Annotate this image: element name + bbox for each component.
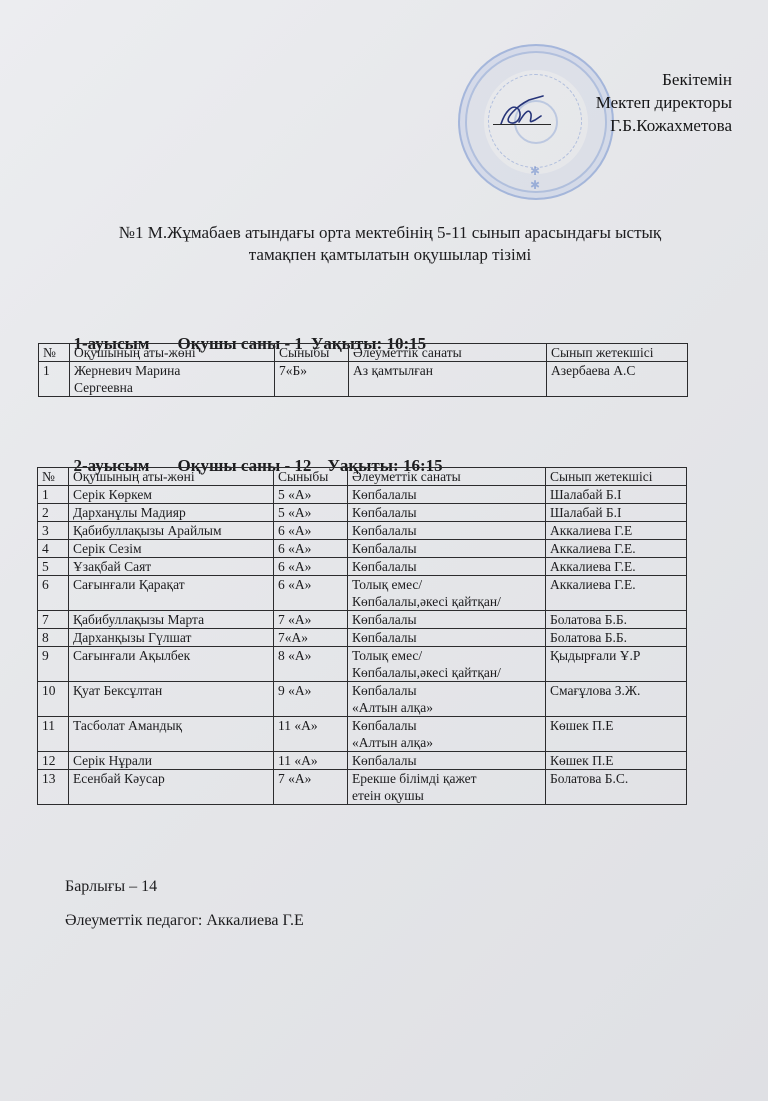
col-class-cell: 7 «А» (274, 770, 348, 805)
col-number-cell: 1 (39, 362, 70, 397)
cell-line: Қабибуллақызы Марта (73, 611, 269, 628)
title-line: №1 М.Жұмабаев атындағы орта мектебінің 5… (60, 222, 720, 244)
cell-line: Ерекше білімді қажет (352, 770, 541, 787)
cell-line: Көпбалалы (352, 717, 541, 734)
col-class-teacher-cell: Болатова Б.Б. (546, 611, 687, 629)
col-student-name-cell: Есенбай Кәусар (69, 770, 274, 805)
col-social-category-cell: Көпбалалы (348, 611, 546, 629)
table-row: 6Сағынғали Қарақат6 «А»Толық емес/Көпбал… (38, 576, 687, 611)
col-class-header: Сыныбы (274, 468, 348, 486)
col-class-cell: 7 «А» (274, 611, 348, 629)
seal-star-icon: ✱ (530, 178, 540, 193)
students-table-shift-2: №Оқушының аты-жөніСыныбыӘлеуметтік санат… (37, 467, 687, 805)
document-title: №1 М.Жұмабаев атындағы орта мектебінің 5… (60, 222, 720, 266)
col-student-name-cell: Қабибуллақызы Арайлым (69, 522, 274, 540)
col-student-name-cell: Қуат Бексұлтан (69, 682, 274, 717)
table-row: 8Дарханқызы Гүлшат7«А»КөпбалалыБолатова … (38, 629, 687, 647)
col-student-name-cell: Серік Көркем (69, 486, 274, 504)
cell-line: Көпбалалы (352, 611, 541, 628)
table-header-row: №Оқушының аты-жөніСыныбыӘлеуметтік санат… (38, 468, 687, 486)
col-student-name-cell: Сағынғали Қарақат (69, 576, 274, 611)
col-class-teacher-cell: Аккалиева Г.Е. (546, 558, 687, 576)
cell-line: Көпбалалы (352, 629, 541, 646)
col-class-teacher-cell: Азербаева А.С (547, 362, 688, 397)
col-student-name-cell: Серік Сезім (69, 540, 274, 558)
col-number-cell: 1 (38, 486, 69, 504)
cell-line: Есенбай Кәусар (73, 770, 269, 787)
col-class-cell: 5 «А» (274, 486, 348, 504)
col-social-category-cell: Ерекше білімді қажететеін оқушы (348, 770, 546, 805)
col-class-cell: 11 «А» (274, 752, 348, 770)
table-row: 12Серік Нұрали11 «А»КөпбалалыКөшек П.Е (38, 752, 687, 770)
col-number-cell: 7 (38, 611, 69, 629)
cell-line: Көпбалалы,әкесі қайтқан/ (352, 593, 541, 610)
table-row: 1Серік Көркем5 «А»КөпбалалыШалабай Б.І (38, 486, 687, 504)
col-student-name-header: Оқушының аты-жөні (69, 468, 274, 486)
cell-line: Толық емес/ (352, 576, 541, 593)
table-row: 13Есенбай Кәусар7 «А»Ерекше білімді қаже… (38, 770, 687, 805)
col-class-cell: 6 «А» (274, 576, 348, 611)
col-number-cell: 10 (38, 682, 69, 717)
cell-line: Дарханқызы Гүлшат (73, 629, 269, 646)
cell-line: «Алтын алқа» (352, 734, 541, 751)
signature-icon (495, 92, 555, 132)
cell-line: Жерневич Марина (74, 362, 270, 379)
col-class-teacher-header: Сынып жетекшісі (546, 468, 687, 486)
col-social-category-cell: Көпбалалы«Алтын алқа» (348, 717, 546, 752)
col-social-category-cell: Толық емес/Көпбалалы,әкесі қайтқан/ (348, 647, 546, 682)
signature-line (493, 124, 551, 125)
col-number-cell: 9 (38, 647, 69, 682)
col-class-teacher-cell: Шалабай Б.І (546, 486, 687, 504)
col-social-category-cell: Көпбалалы (348, 486, 546, 504)
cell-line: Көпбалалы (352, 682, 541, 699)
cell-line: Көпбалалы (352, 486, 541, 503)
cell-line: етеін оқушы (352, 787, 541, 804)
col-class-teacher-cell: Қыдырғали Ұ.Р (546, 647, 687, 682)
table-row: 3Қабибуллақызы Арайлым6 «А»КөпбалалыАкка… (38, 522, 687, 540)
col-class-cell: 5 «А» (274, 504, 348, 522)
col-social-category-header: Әлеуметтік санаты (348, 468, 546, 486)
col-student-name-header: Оқушының аты-жөні (70, 344, 275, 362)
col-student-name-cell: Қабибуллақызы Марта (69, 611, 274, 629)
cell-line: Сағынғали Қарақат (73, 576, 269, 593)
col-class-teacher-cell: Аккалиева Г.Е. (546, 540, 687, 558)
title-line: тамақпен қамтылатын оқушылар тізімі (60, 244, 720, 266)
table-row: 4Серік Сезім6 «А»КөпбалалыАккалиева Г.Е. (38, 540, 687, 558)
col-class-teacher-cell: Аккалиева Г.Е (546, 522, 687, 540)
col-number-cell: 2 (38, 504, 69, 522)
col-number-cell: 11 (38, 717, 69, 752)
col-social-category-cell: Көпбалалы«Алтын алқа» (348, 682, 546, 717)
cell-line: Сағынғали Ақылбек (73, 647, 269, 664)
col-student-name-cell: Сағынғали Ақылбек (69, 647, 274, 682)
col-class-cell: 11 «А» (274, 717, 348, 752)
col-social-category-cell: Көпбалалы (348, 558, 546, 576)
cell-line: Көпбалалы (352, 540, 541, 557)
students-table-shift-1: №Оқушының аты-жөніСыныбыӘлеуметтік санат… (38, 343, 688, 397)
col-number-cell: 8 (38, 629, 69, 647)
cell-line: Тасболат Амандық (73, 717, 269, 734)
col-class-teacher-cell: Көшек П.Е (546, 717, 687, 752)
col-class-teacher-cell: Смағұлова З.Ж. (546, 682, 687, 717)
col-number-cell: 4 (38, 540, 69, 558)
approval-line: Мектеп директоры (596, 91, 732, 114)
social-pedagogue: Әлеуметтік педагог: Аккалиева Г.Е (65, 912, 304, 930)
cell-line: Көпбалалы,әкесі қайтқан/ (352, 664, 541, 681)
seal-star-icon: ✱ (530, 164, 540, 179)
cell-line: Серік Нұрали (73, 752, 269, 769)
cell-line: Ұзақбай Саят (73, 558, 269, 575)
col-class-cell: 7«А» (274, 629, 348, 647)
table-row: 10Қуат Бексұлтан9 «А»Көпбалалы«Алтын алқ… (38, 682, 687, 717)
col-social-category-cell: Көпбалалы (348, 540, 546, 558)
col-number-cell: 13 (38, 770, 69, 805)
approval-line: Г.Б.Кожахметова (596, 114, 732, 137)
col-number-cell: 6 (38, 576, 69, 611)
cell-line: Көпбалалы (352, 558, 541, 575)
col-social-category-cell: Толық емес/Көпбалалы,әкесі қайтқан/ (348, 576, 546, 611)
cell-line: Дарханұлы Мадияр (73, 504, 269, 521)
cell-line: Толық емес/ (352, 647, 541, 664)
col-class-teacher-cell: Болатова Б.С. (546, 770, 687, 805)
col-social-category-cell: Көпбалалы (348, 752, 546, 770)
col-number-header: № (38, 468, 69, 486)
col-student-name-cell: Дарханұлы Мадияр (69, 504, 274, 522)
col-class-teacher-cell: Шалабай Б.І (546, 504, 687, 522)
col-number-header: № (39, 344, 70, 362)
cell-line: Аз қамтылған (353, 362, 542, 379)
approval-block: Бекітемін Мектеп директоры Г.Б.Кожахмето… (596, 68, 732, 137)
cell-line: Көпбалалы (352, 752, 541, 769)
total-count: Барлығы – 14 (65, 878, 157, 896)
table-row: 7Қабибуллақызы Марта7 «А»КөпбалалыБолато… (38, 611, 687, 629)
approval-line: Бекітемін (596, 68, 732, 91)
col-social-category-cell: Аз қамтылған (349, 362, 547, 397)
table-row: 1Жерневич МаринаСергеевна7«Б»Аз қамтылға… (39, 362, 688, 397)
cell-line: Қуат Бексұлтан (73, 682, 269, 699)
cell-line: Қабибуллақызы Арайлым (73, 522, 269, 539)
cell-line: Серік Сезім (73, 540, 269, 557)
col-social-category-header: Әлеуметтік санаты (349, 344, 547, 362)
col-student-name-cell: Дарханқызы Гүлшат (69, 629, 274, 647)
table-header-row: №Оқушының аты-жөніСыныбыӘлеуметтік санат… (39, 344, 688, 362)
table-row: 11Тасболат Амандық11 «А»Көпбалалы«Алтын … (38, 717, 687, 752)
col-social-category-cell: Көпбалалы (348, 629, 546, 647)
col-class-teacher-cell: Көшек П.Е (546, 752, 687, 770)
col-class-teacher-cell: Аккалиева Г.Е. (546, 576, 687, 611)
col-student-name-cell: Жерневич МаринаСергеевна (70, 362, 275, 397)
col-class-cell: 7«Б» (275, 362, 349, 397)
cell-line: Сергеевна (74, 379, 270, 396)
col-student-name-cell: Серік Нұрали (69, 752, 274, 770)
col-number-cell: 3 (38, 522, 69, 540)
cell-line: Көпбалалы (352, 504, 541, 521)
col-class-cell: 6 «А» (274, 540, 348, 558)
col-class-cell: 6 «А» (274, 522, 348, 540)
table-row: 9Сағынғали Ақылбек8 «А»Толық емес/Көпбал… (38, 647, 687, 682)
col-number-cell: 12 (38, 752, 69, 770)
table-row: 5Ұзақбай Саят6 «А»КөпбалалыАккалиева Г.Е… (38, 558, 687, 576)
table-row: 2Дарханұлы Мадияр5 «А»КөпбалалыШалабай Б… (38, 504, 687, 522)
col-social-category-cell: Көпбалалы (348, 504, 546, 522)
col-student-name-cell: Ұзақбай Саят (69, 558, 274, 576)
col-class-cell: 9 «А» (274, 682, 348, 717)
col-class-teacher-cell: Болатова Б.Б. (546, 629, 687, 647)
col-class-header: Сыныбы (275, 344, 349, 362)
col-social-category-cell: Көпбалалы (348, 522, 546, 540)
col-class-cell: 6 «А» (274, 558, 348, 576)
col-student-name-cell: Тасболат Амандық (69, 717, 274, 752)
cell-line: «Алтын алқа» (352, 699, 541, 716)
col-class-cell: 8 «А» (274, 647, 348, 682)
col-class-teacher-header: Сынып жетекшісі (547, 344, 688, 362)
col-number-cell: 5 (38, 558, 69, 576)
cell-line: Серік Көркем (73, 486, 269, 503)
cell-line: Көпбалалы (352, 522, 541, 539)
